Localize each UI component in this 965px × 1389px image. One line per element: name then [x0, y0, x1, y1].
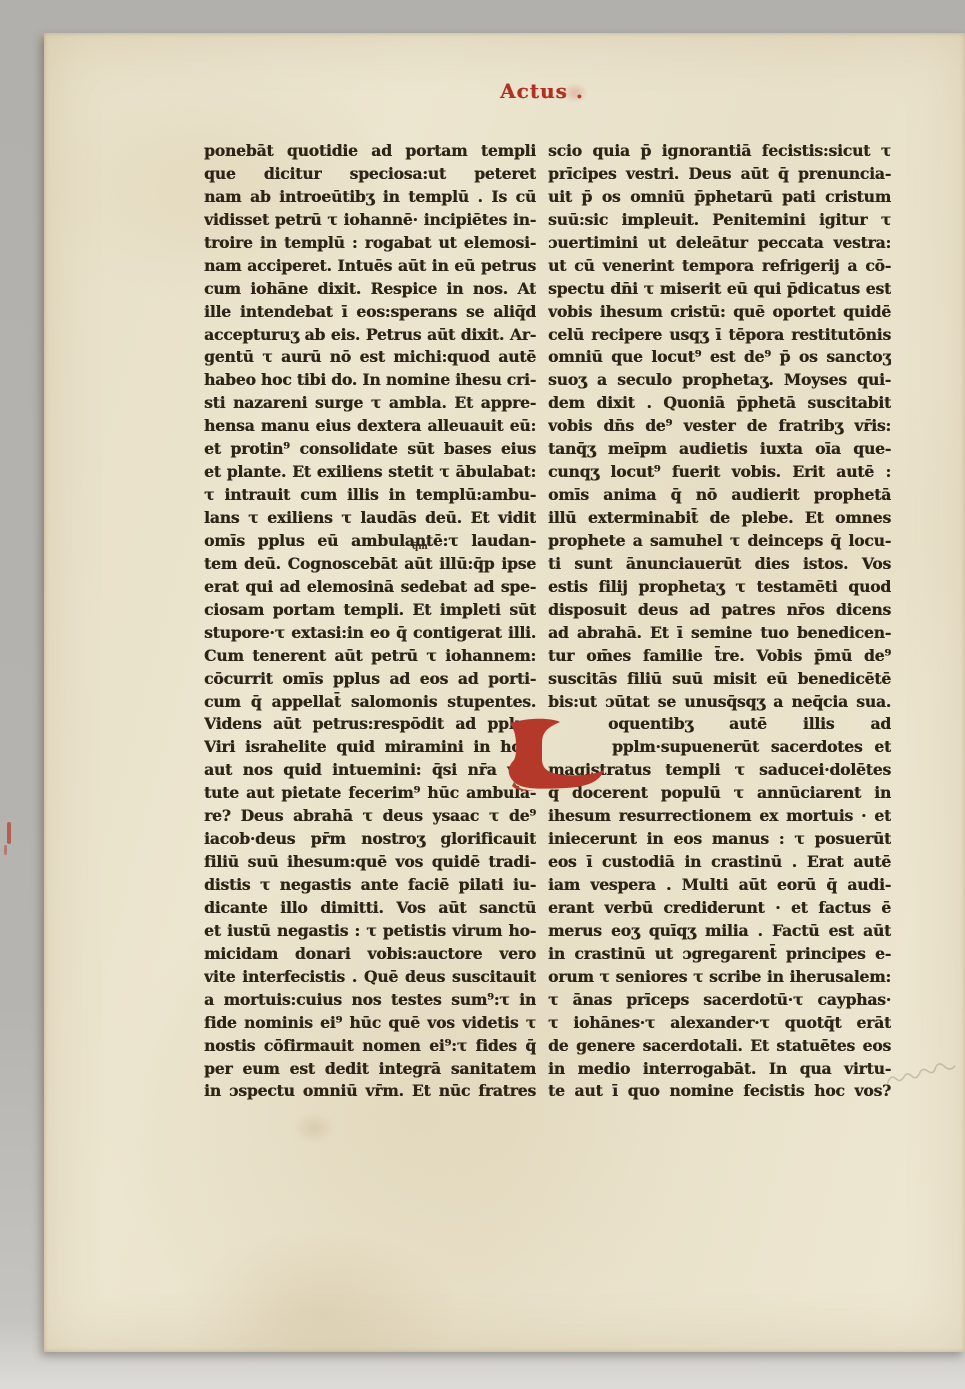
left-column: q̄m ponebāt quotidie ad portam templique… — [204, 140, 536, 1106]
text-line: prīcipes vestri. Deus aūt q̄ prenuncia- — [548, 163, 891, 186]
lombardic-initial-L — [504, 716, 612, 792]
text-line: habeo hoc tibi do. In nomine ihesu cri- — [204, 369, 536, 392]
text-line: et plante. Et exiliens stetit τ ābulabat… — [204, 461, 536, 484]
text-line: vobis ihesum cristū: quē oportet quidē — [548, 301, 891, 324]
text-line: τ ānas prīceps sacerdotū·τ cayphas· — [548, 989, 891, 1012]
text-line: merus eoʒ quīqʒ milia . Factū est aūt — [548, 920, 891, 943]
text-line: re? Deus abrahā τ deus ysaac τ de⁹ — [204, 805, 536, 828]
text-line: in medio interrogabāt. In qua virtu- — [548, 1058, 891, 1081]
text-line: stupore·τ extasi:in eo q̄ contigerat ill… — [204, 622, 536, 645]
text-line: tem deū. Cognoscebāt aūt illū:q̄p ipse — [204, 553, 536, 576]
text-line: iniecerunt in eos manus : τ posuerūt — [548, 828, 891, 851]
text-line: τ iohānes·τ alexander·τ quotq̄t erāt — [548, 1012, 891, 1035]
text-line: prophete a samuhel τ deinceps q̄ locu- — [548, 530, 891, 553]
text-line: distis τ negastis ante faciē pilati iu- — [204, 874, 536, 897]
text-line: dicante illo dimitti. Vos aūt sanctū — [204, 897, 536, 920]
text-line: scio quia p̄ ignorantiā fecistis:sicut τ — [548, 140, 891, 163]
text-line: cum q̄ appellat̄ salomonis stupentes. — [204, 691, 536, 714]
text-line: suū:sic impleuit. Penitemini igitur τ — [548, 209, 891, 232]
text-line: a mortuis:cuius nos testes sum⁹:τ in — [204, 989, 536, 1012]
text-line: accepturuʒ ab eis. Petrus aūt dixit. Ar- — [204, 324, 536, 347]
text-line: erant verbū crediderunt · et factus ē nu… — [548, 897, 891, 920]
text-line: per eum est dedit integrā sanitatem istā — [204, 1058, 536, 1081]
text-line: cum iohāne dixit. Respice in nos. At — [204, 278, 536, 301]
text-line: de genere sacerdotali. Et statuētes eos — [548, 1035, 891, 1058]
binding-red-mark — [7, 822, 11, 844]
text-line: orum τ seniores τ scribe in iherusalem: — [548, 966, 891, 989]
text-line: vite interfecistis . Quē deus suscitauit — [204, 966, 536, 989]
text-line: ihesum resurrectionem ex mortuis · et — [548, 805, 891, 828]
text-line: suoʒ a seculo prophetaʒ. Moyses qui- — [548, 369, 891, 392]
text-line: ti sunt ānunciauerūt dies istos. Vos — [548, 553, 891, 576]
text-line: tute aut pietate fecerim⁹ hūc ambula- — [204, 782, 536, 805]
text-line: sti nazareni surge τ ambla. Et appre- — [204, 392, 536, 415]
right-column: scio quia p̄ ignorantiā fecistis:sicut τ… — [548, 140, 891, 1106]
text-line: uit p̄ os omniū p̄phetarū pati cristum — [548, 186, 891, 209]
text-line: celū recipere usqʒ ī tēpora restitutōnis — [548, 324, 891, 347]
text-line: et iustū negastis : τ petistis virum ho- — [204, 920, 536, 943]
text-line: illū exterminabit̄ de plebe. Et omnes — [548, 507, 891, 530]
text-line: nam acciperet. Intuēs aūt in eū petrus — [204, 255, 536, 278]
text-line: ut cū venerint tempora refrigerij a cō- — [548, 255, 891, 278]
text-line: vobis dn̄s de⁹ vester de fratribʒ vr̄is: — [548, 415, 891, 438]
text-line: hensa manu eius dextera alleuauit eū: — [204, 415, 536, 438]
text-line: tur om̄es familie t̄re. Vobis p̄mū de⁹ — [548, 645, 891, 668]
text-line: tanq̄ʒ meīpm audietis iuxta oīa que- — [548, 438, 891, 461]
text-line: suscitās filiū suū misit eū benedicētē v… — [548, 668, 891, 691]
text-line: ɔuertimini ut deleātur peccata vestra: — [548, 232, 891, 255]
text-line: iacob·deus pr̄m nostroʒ glorificauit — [204, 828, 536, 851]
text-line: ciosam portam templi. Et impleti sūt — [204, 599, 536, 622]
text-line: bis:ut ɔūtat se unusq̄sqʒ a neq̄cia sua. — [548, 691, 891, 714]
text-line: spectu dn̄i τ miserit eū qui p̄dicatus e… — [548, 278, 891, 301]
text-line: in crastinū ut ɔgregarent̄ principes e- — [548, 943, 891, 966]
text-line: estis filij prophetaʒ τ testamēti quod — [548, 576, 891, 599]
text-line: omīs pplus eū ambulantē:τ laudan- — [204, 530, 536, 553]
text-line: filiū suū ihesum:quē vos quidē tradi- — [204, 851, 536, 874]
text-line: nostis cōfirmauit nomen ei⁹:τ fides q̄ — [204, 1035, 536, 1058]
text-line: disposuit deus ad patres nr̄os dicens — [548, 599, 891, 622]
text-line: Viri israhelite quid miramini in hoc· — [204, 736, 536, 759]
text-line: et protin⁹ consolidate sūt bases eius — [204, 438, 536, 461]
binding-red-mark — [4, 845, 7, 855]
text-line: vidisset petrū τ iohannē· incipiētes in- — [204, 209, 536, 232]
text-line: in ɔspectu omniū vr̄m. Et nūc fratres — [204, 1080, 536, 1103]
parchment-page: Actus . q̄m ponebāt quotidie ad portam t… — [44, 33, 965, 1352]
text-line: erat qui ad elemosinā sedebat ad spe- — [204, 576, 536, 599]
text-line: dem dixit . Quoniā p̄phetā suscitabit — [548, 392, 891, 415]
text-line: nam ab introeūtibʒ in templū . Is cū — [204, 186, 536, 209]
text-line: lans τ exiliens τ laudās deū. Et vidit — [204, 507, 536, 530]
text-line: eos ī custodiā in crastinū . Erat autē — [548, 851, 891, 874]
text-line: fide nominis ei⁹ hūc quē vos videtis τ — [204, 1012, 536, 1035]
text-line: τ intrauit cum illis in templū:ambu- — [204, 484, 536, 507]
interlinear-correction: q̄m — [412, 543, 428, 552]
text-line: que dicitur speciosa:ut peteret elemosi- — [204, 163, 536, 186]
text-line: ille intendebat ī eos:sperans se aliq̄d — [204, 301, 536, 324]
red-showthrough-smudge — [562, 83, 588, 103]
text-line: Cum tenerent aūt petrū τ iohannem: — [204, 645, 536, 668]
text-line: omīs anima q̄ nō audierit prophetā — [548, 484, 891, 507]
text-line: cunqʒ locut⁹ fuerit vobis. Erit autē : — [548, 461, 891, 484]
text-line: Videns aūt petrus:respōdit ad pplm. — [204, 713, 536, 736]
scanned-page-photo: { "page": { "running_title": "Actus .", … — [0, 0, 965, 1389]
text-line: cōcurrit omīs pplus ad eos ad porti- — [204, 668, 536, 691]
text-line: micidam donari vobis:auctore vero — [204, 943, 536, 966]
text-line: omniū que locut⁹ est de⁹ p̄ os sanctoʒ — [548, 346, 891, 369]
text-line: ponebāt quotidie ad portam templi — [204, 140, 536, 163]
text-line: te aut ī quo nomine fecistis hoc vos? — [548, 1080, 891, 1103]
text-line: ad abrahā. Et ī semine tuo benedicen- — [548, 622, 891, 645]
parchment-stain — [294, 1113, 334, 1143]
text-line: iam vespera . Multi aūt eorū q̄ audi- — [548, 874, 891, 897]
text-line: aut nos quid intuemini: q̄si nr̄a vir- — [204, 759, 536, 782]
text-line: gentū τ aurū nō est michi:quod autē — [204, 346, 536, 369]
text-line: troire in templū : rogabat ut elemosi- — [204, 232, 536, 255]
